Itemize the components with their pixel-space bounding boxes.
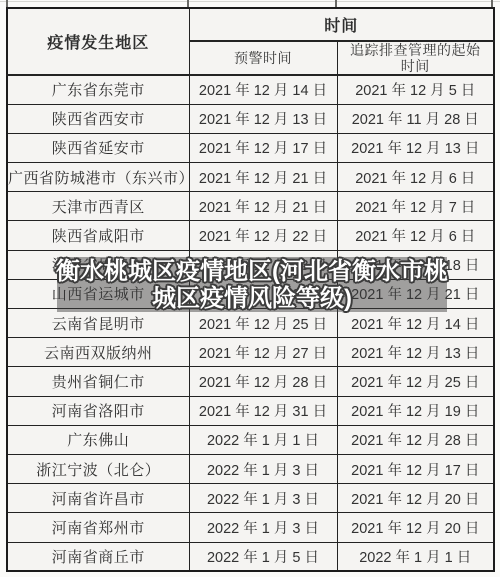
warning-date-cell: 2021 年 12 月 22 日 [189,221,337,250]
warning-date-cell: 2022 年 1 月 3 日 [189,454,337,483]
warning-date-cell: 2021 年 12 月 17 日 [189,133,337,162]
page-background: 疫情发生地区 时间 预警时间 追踪排查管理的起始时间 广东省东莞市2021 年 … [0,0,500,577]
warning-date-cell: 2022 年 1 月 3 日 [189,484,337,513]
table-row: 河南省商丘市2022 年 1 月 5 日2022 年 1 月 1 日 [7,542,494,571]
tracking-date-cell: 2021 年 12 月 13 日 [337,338,494,367]
caption-overlay: 衡水桃城区疫情地区(河北省衡水市桃 城区疫情风险等级) [57,257,447,312]
table-row: 广东佛山2022 年 1 月 1 日2021 年 12 月 28 日 [7,425,494,454]
tracking-date-cell: 2021 年 12 月 6 日 [337,221,494,250]
table-row: 河南省许昌市2022 年 1 月 3 日2021 年 12 月 20 日 [7,484,494,513]
table-row: 河南省郑州市2022 年 1 月 3 日2021 年 12 月 20 日 [7,513,494,542]
table-row: 天津市西青区2021 年 12 月 21 日2021 年 12 月 7 日 [7,192,494,221]
column-header-warning-time: 预警时间 [189,41,337,75]
warning-date-cell: 2021 年 12 月 21 日 [189,163,337,192]
area-cell: 广东佛山 [7,425,189,454]
table-row: 云南西双版纳州2021 年 12 月 27 日2021 年 12 月 13 日 [7,338,494,367]
area-cell: 河南省商丘市 [7,542,189,571]
warning-date-cell: 2021 年 12 月 27 日 [189,338,337,367]
warning-date-cell: 2021 年 12 月 13 日 [189,104,337,133]
table-row: 陕西省西安市2021 年 12 月 13 日2021 年 11 月 28 日 [7,104,494,133]
tracking-date-cell: 2022 年 1 月 1 日 [337,542,494,571]
warning-date-cell: 2021 年 12 月 31 日 [189,396,337,425]
warning-date-cell: 2022 年 1 月 3 日 [189,513,337,542]
area-cell: 河南省许昌市 [7,484,189,513]
area-cell: 陕西省西安市 [7,104,189,133]
column-header-time-group: 时间 [189,8,494,41]
tracking-date-cell: 2021 年 12 月 25 日 [337,367,494,396]
table-header: 疫情发生地区 时间 预警时间 追踪排查管理的起始时间 [7,8,494,75]
area-cell: 陕西省延安市 [7,133,189,162]
table-row: 河南省洛阳市2021 年 12 月 31 日2021 年 12 月 19 日 [7,396,494,425]
area-cell: 浙江宁波（北仑） [7,454,189,483]
table-row: 陕西省咸阳市2021 年 12 月 22 日2021 年 12 月 6 日 [7,221,494,250]
cropped-row-remnant-line [0,1,500,2]
table-row: 云南省昆明市2021 年 12 月 25 日2021 年 12 月 14 日 [7,309,494,338]
area-cell: 云南省昆明市 [7,309,189,338]
area-cell: 天津市西青区 [7,192,189,221]
tracking-date-cell: 2021 年 12 月 20 日 [337,513,494,542]
area-cell: 陕西省咸阳市 [7,221,189,250]
table-row: 贵州省铜仁市2021 年 12 月 28 日2021 年 12 月 25 日 [7,367,494,396]
table-row: 广东省东莞市2021 年 12 月 14 日2021 年 12 月 5 日 [7,75,494,104]
area-cell: 广东省东莞市 [7,75,189,104]
area-cell: 河南省洛阳市 [7,396,189,425]
warning-date-cell: 2021 年 12 月 28 日 [189,367,337,396]
warning-date-cell: 2021 年 12 月 25 日 [189,309,337,338]
tracking-date-cell: 2021 年 11 月 28 日 [337,104,494,133]
tracking-date-cell: 2021 年 12 月 6 日 [337,163,494,192]
caption-line-2: 城区疫情风险等级) [152,285,352,312]
warning-date-cell: 2021 年 12 月 14 日 [189,75,337,104]
area-cell: 贵州省铜仁市 [7,367,189,396]
warning-date-cell: 2022 年 1 月 1 日 [189,425,337,454]
tracking-date-cell: 2021 年 12 月 7 日 [337,192,494,221]
area-cell: 广西省防城港市（东兴市） [7,163,189,192]
warning-date-cell: 2022 年 1 月 5 日 [189,542,337,571]
table-row: 陕西省延安市2021 年 12 月 17 日2021 年 12 月 13 日 [7,133,494,162]
tracking-date-cell: 2021 年 12 月 20 日 [337,484,494,513]
tracking-date-cell: 2021 年 12 月 13 日 [337,133,494,162]
table-row: 广西省防城港市（东兴市）2021 年 12 月 21 日2021 年 12 月 … [7,163,494,192]
tracking-date-cell: 2021 年 12 月 14 日 [337,309,494,338]
tracking-date-cell: 2021 年 12 月 28 日 [337,425,494,454]
table-body: 广东省东莞市2021 年 12 月 14 日2021 年 12 月 5 日陕西省… [7,75,494,571]
column-header-area: 疫情发生地区 [7,8,189,75]
table-row: 浙江宁波（北仑）2022 年 1 月 3 日2021 年 12 月 17 日 [7,454,494,483]
warning-date-cell: 2021 年 12 月 21 日 [189,192,337,221]
tracking-date-cell: 2021 年 12 月 19 日 [337,396,494,425]
tracking-date-cell: 2021 年 12 月 17 日 [337,454,494,483]
area-cell: 河南省郑州市 [7,513,189,542]
column-header-tracking-start-time: 追踪排查管理的起始时间 [337,41,494,75]
area-cell: 云南西双版纳州 [7,338,189,367]
tracking-date-cell: 2021 年 12 月 5 日 [337,75,494,104]
caption-line-1: 衡水桃城区疫情地区(河北省衡水市桃 [56,258,448,285]
